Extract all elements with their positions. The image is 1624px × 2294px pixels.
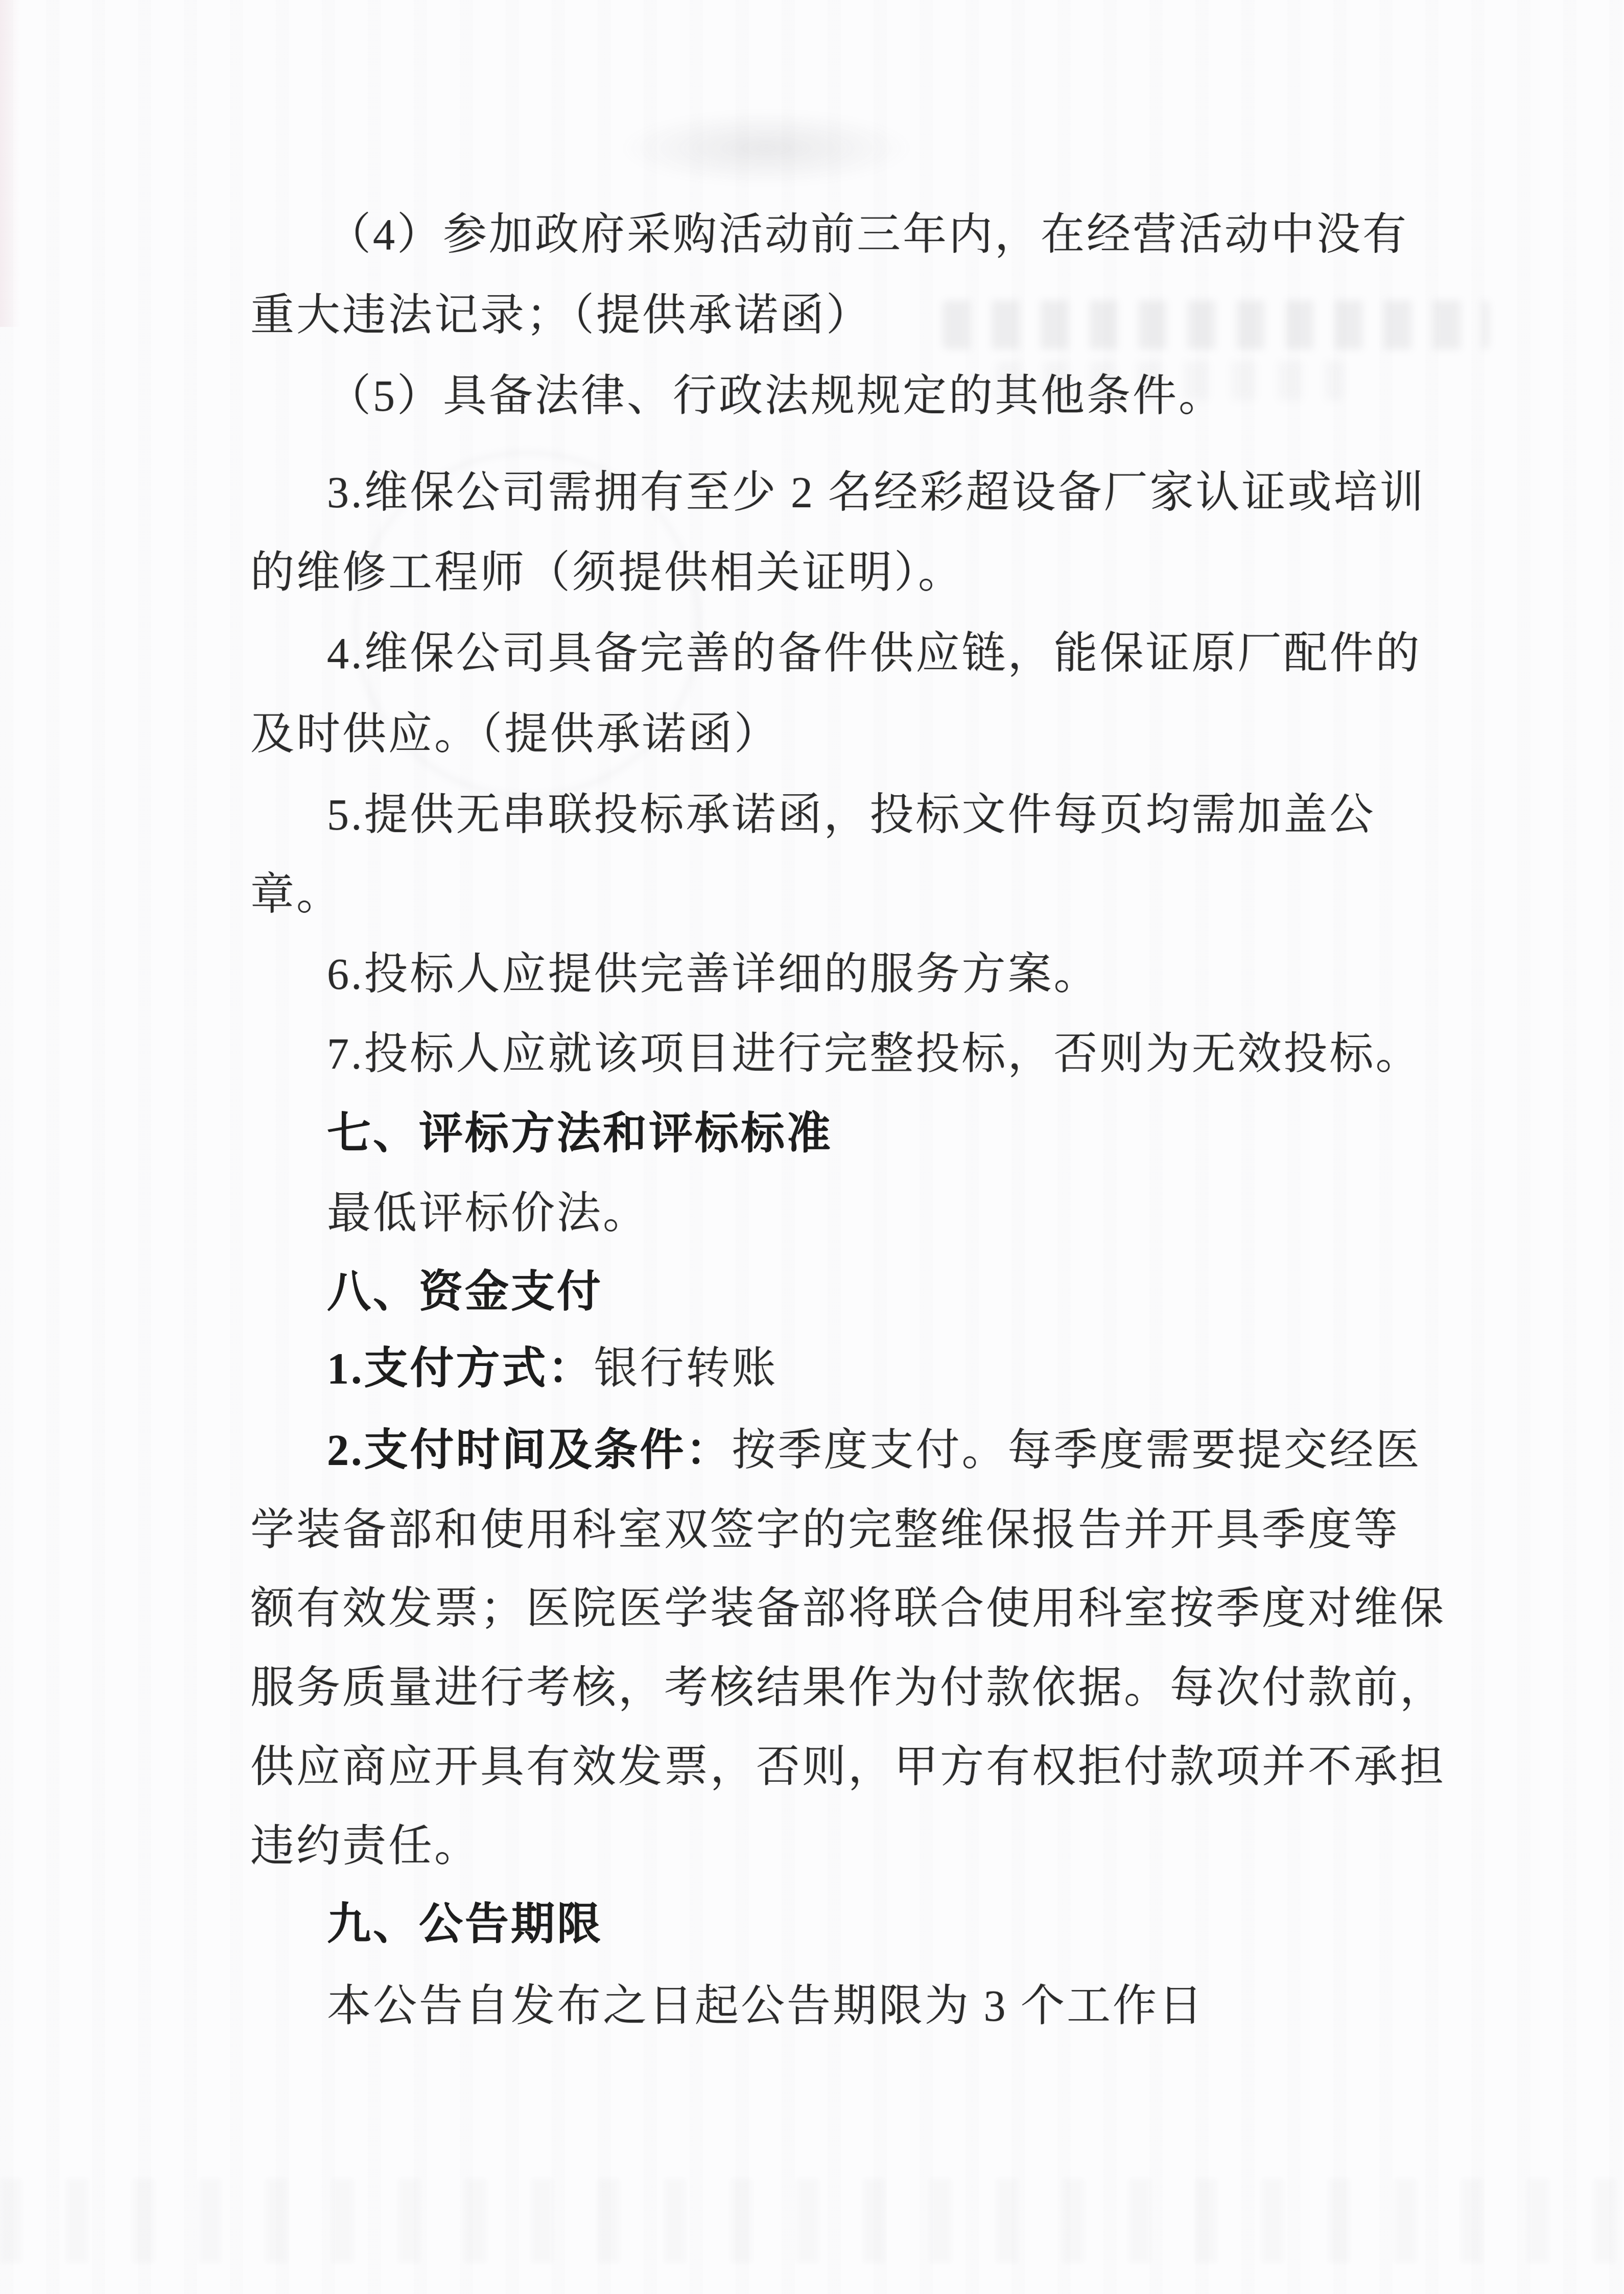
section-7-heading-segment-0: 七、评标方法和评标标准: [327, 1109, 833, 1158]
section-9-heading-segment-0: 九、公告期限: [327, 1900, 603, 1949]
payment-terms-line-2-segment-0: 学装备部和使用科室双签字的完整维保报告并开具季度等: [250, 1505, 1400, 1554]
section-9-body-segment-0: 本公告自发布之日起公告期限为 3 个工作日: [327, 1981, 1205, 2030]
payment-terms-line-3: 额有效发票；医院医学装备部将联合使用科室按季度对维保: [250, 1584, 1446, 1633]
scan-artifact-ghost-text: [943, 300, 1489, 349]
payment-method-segment-1: 银行转账: [594, 1344, 778, 1393]
section-9-heading: 九、公告期限: [327, 1900, 603, 1949]
clause-4-line-1-segment-0: （4）参加政府采购活动前三年内，在经营活动中没有: [327, 210, 1408, 259]
payment-terms-line-5: 供应商应开具有效发票，否则，甲方有权拒付款项并不承担: [250, 1743, 1446, 1791]
item-7: 7.投标人应就该项目进行完整投标，否则为无效投标。: [327, 1030, 1422, 1078]
payment-terms-line-1-segment-1: 按季度支付。每季度需要提交经医: [732, 1426, 1422, 1475]
scan-artifact-top-smudge: [618, 110, 914, 186]
payment-terms-line-6-segment-0: 违约责任。: [250, 1822, 480, 1871]
payment-terms-line-5-segment-0: 供应商应开具有效发票，否则，甲方有权拒付款项并不承担: [250, 1742, 1446, 1791]
item-5-line-1-segment-0: 5.提供无串联投标承诺函，投标文件每页均需加盖公: [327, 790, 1376, 839]
section-7-body-segment-0: 最低评标价法。: [327, 1189, 649, 1238]
item-3-line-1-segment-0: 3.维保公司需拥有至少 2 名经彩超设备厂家认证或培训: [327, 468, 1426, 517]
payment-terms-line-4: 服务质量进行考核，考核结果作为付款依据。每次付款前，: [250, 1664, 1446, 1712]
payment-terms-line-6: 违约责任。: [250, 1822, 480, 1871]
payment-method: 1.支付方式：银行转账: [327, 1344, 778, 1393]
section-8-heading-segment-0: 八、资金支付: [327, 1267, 603, 1316]
item-5-line-2: 章。: [250, 870, 342, 919]
payment-terms-line-1-segment-0: 2.支付时间及条件：: [327, 1426, 732, 1475]
payment-method-segment-0: 1.支付方式：: [327, 1344, 594, 1393]
clause-5: （5）具备法律、行政法规规定的其他条件。: [327, 372, 1225, 420]
item-3-line-2: 的维修工程师（须提供相关证明）。: [250, 549, 964, 597]
section-7-heading: 七、评标方法和评标标准: [327, 1109, 833, 1158]
item-5-line-1: 5.提供无串联投标承诺函，投标文件每页均需加盖公: [327, 791, 1376, 839]
item-6: 6.投标人应提供完善详细的服务方案。: [327, 950, 1100, 999]
item-4-line-2-segment-0: 及时供应。（提供承诺函）: [250, 710, 780, 759]
scanned-document-page: （4）参加政府采购活动前三年内，在经营活动中没有重大违法记录；（提供承诺函）（5…: [0, 0, 1624, 2294]
clause-4-line-2: 重大违法记录；（提供承诺函）: [250, 291, 872, 340]
scan-artifact-bottom-streaks: [0, 2179, 1624, 2263]
clause-4-line-2-segment-0: 重大违法记录；（提供承诺函）: [250, 291, 872, 340]
section-9-body: 本公告自发布之日起公告期限为 3 个工作日: [327, 1982, 1205, 2030]
item-4-line-1-segment-0: 4.维保公司具备完善的备件供应链，能保证原厂配件的: [327, 629, 1422, 678]
item-5-line-2-segment-0: 章。: [250, 870, 342, 919]
item-3-line-2-segment-0: 的维修工程师（须提供相关证明）。: [250, 548, 964, 597]
payment-terms-line-1: 2.支付时间及条件：按季度支付。每季度需要提交经医: [327, 1426, 1422, 1475]
payment-terms-line-2: 学装备部和使用科室双签字的完整维保报告并开具季度等: [250, 1506, 1400, 1554]
item-3-line-1: 3.维保公司需拥有至少 2 名经彩超设备厂家认证或培训: [327, 468, 1426, 517]
item-4-line-2: 及时供应。（提供承诺函）: [250, 710, 780, 759]
item-7-segment-0: 7.投标人应就该项目进行完整投标，否则为无效投标。: [327, 1029, 1422, 1078]
section-8-heading: 八、资金支付: [327, 1268, 603, 1316]
item-4-line-1: 4.维保公司具备完善的备件供应链，能保证原厂配件的: [327, 629, 1422, 678]
clause-5-segment-0: （5）具备法律、行政法规规定的其他条件。: [327, 371, 1225, 420]
payment-terms-line-3-segment-0: 额有效发票；医院医学装备部将联合使用科室按季度对维保: [250, 1584, 1446, 1633]
item-6-segment-0: 6.投标人应提供完善详细的服务方案。: [327, 950, 1100, 999]
section-7-body: 最低评标价法。: [327, 1189, 649, 1238]
clause-4-line-1: （4）参加政府采购活动前三年内，在经营活动中没有: [327, 210, 1408, 259]
scan-artifact-left-edge-tint: [0, 0, 20, 327]
payment-terms-line-4-segment-0: 服务质量进行考核，考核结果作为付款依据。每次付款前，: [250, 1663, 1446, 1712]
